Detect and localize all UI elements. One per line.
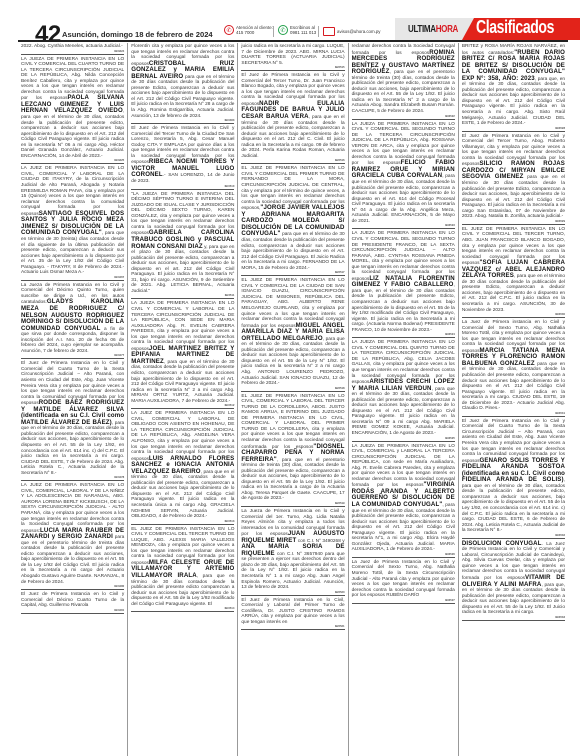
ad-body-text: , para que en el término de 30 días cont… — [241, 115, 344, 159]
ad-reference-code: IB/3514 — [131, 607, 234, 610]
ad-body-text: con C.I. N° 3657940 para que se presente… — [241, 552, 344, 590]
classified-ad: LA JUEZA DE PRIMERA INSTANCIA EN LO CIVI… — [352, 339, 455, 441]
ad-body-text: El Juez de Primera Instancia en lo Civil… — [21, 592, 124, 608]
classified-ad: BRITEZ y ROSA MARÍA ROJAS NARVÁEZ, en lo… — [462, 43, 565, 132]
publication-date: Asunción, domingo 18 de febrero de 2024 — [62, 30, 213, 39]
column-3: juicio radica en la secretaría a mi carg… — [238, 43, 348, 756]
classifieds-columns: 2022. Abog. Cynthia Meneles, actuaria Ju… — [18, 43, 568, 756]
ad-body-text: , para que en el término de 30 días, con… — [131, 470, 234, 519]
ad-reference-code: IB/3519 — [241, 502, 344, 505]
header-rule — [18, 40, 568, 42]
ad-body-text: , para que en el término de 30 días, con… — [21, 109, 124, 158]
ad-reference-code: IB/3483 — [131, 119, 234, 122]
ad-body-text: , para que en el perentorio término de t… — [352, 70, 455, 114]
section-title: Clasificados — [476, 17, 554, 38]
classified-ad: EL JUEZ DE PRIMERA INSTANCIA EN LO CIVIL… — [241, 165, 344, 276]
divider — [318, 26, 319, 37]
ad-reference-code: IB/3529 — [462, 220, 565, 223]
ad-reference-code: IB/3510 — [131, 185, 234, 188]
brand-part1: ULTIMA — [408, 24, 436, 35]
customer-service-contact: ✆ Atención al cliente:415 7000 — [224, 25, 273, 35]
ad-body-text: La Juez de Primera Instancia en lo Civil… — [352, 560, 455, 598]
ad-reference-code: IB/3523 — [352, 224, 455, 227]
classified-ad: EL JUEZ DE PRIMERA INSTANCIA EN LO CIVIL… — [131, 526, 234, 613]
ad-reference-code: IB/3525 — [352, 437, 455, 440]
ad-reference-code: IB/3512 — [131, 404, 234, 407]
classified-ad: EL JUEZ DE PRIMERA INSTANCIA EN LO CIVIL… — [241, 277, 344, 391]
ad-reference-code: IB/3515 — [241, 66, 344, 69]
ad-party-names: DISOLUCION CONYUGAL — [462, 540, 542, 547]
ad-body-text: , para que en el término de 30 días, con… — [462, 478, 565, 533]
contact-value: avisos@uhora.com.py — [337, 29, 381, 34]
classified-ad: El Juez de Primera Instancia en lo Civil… — [241, 72, 344, 164]
classified-ad: EL JUEZ DE PRIMERA INSTANCIA EN LO CIVIL… — [241, 393, 344, 507]
contact-value: 0981 111 013 — [290, 30, 316, 35]
ad-reference-code: IB/3530 — [462, 313, 565, 316]
ad-reference-code: IB/3520 — [241, 591, 344, 594]
ad-body-text: , para que en el término de 30 días, con… — [131, 360, 234, 404]
ad-reference-code: IB/3526 — [352, 553, 455, 556]
ad-reference-code: IB/3511 — [131, 294, 234, 297]
ad-reference-code: IB/3480 — [21, 585, 124, 588]
ad-reference-code: IB/3478 — [21, 476, 124, 479]
ad-reference-code: IB/3527 — [352, 599, 455, 602]
ad-body-text: para que en el término de 30 días contad… — [462, 175, 565, 219]
ad-body-text: 2022. Abog. Cynthia Meneles, actuaria Ju… — [21, 44, 123, 49]
column-1: 2022. Abog. Cynthia Meneles, actuaria Ju… — [18, 43, 128, 756]
ad-body-text: para que en el término de 30 días, conta… — [462, 362, 565, 411]
brand-part2: HORA — [436, 24, 458, 35]
ad-reference-code: IB/3467 — [21, 276, 124, 279]
ad-reference-code: IB/3532 — [462, 534, 565, 537]
ad-reference-code: IB/3533 — [462, 616, 565, 619]
ad-reference-code: IB/3325 — [21, 159, 124, 162]
ad-reference-code: IB/3516 — [241, 159, 344, 162]
classified-ad: DISOLUCION CONYUGAL. La Juez de Primera … — [462, 540, 565, 621]
ad-reference-code: IB/3524 — [352, 333, 455, 336]
classified-ad: La Juez de Primera Instancia en lo Civil… — [352, 559, 455, 604]
ad-body-text: , para que en el término de 30 días, con… — [21, 421, 124, 476]
ad-body-text: , para que en el término de 30 días, con… — [352, 387, 455, 436]
brand-logo: ULTIMAHORA — [408, 24, 458, 35]
ad-body-text: , para que en el término de 30 días, con… — [241, 337, 344, 386]
classified-ad: LA JUEZA DE PRIMERA INSTANCIA EN LO CIVI… — [131, 300, 234, 409]
classified-ad: LA JUEZA DE PRIMERA INSTANCIA EN LO CIVI… — [352, 443, 455, 558]
ad-reference-code: IB/3477 — [21, 354, 124, 357]
ad-reference-code: IB/3518 — [241, 387, 344, 390]
ad-reference-code: IB/3513 — [131, 520, 234, 523]
ad-body-text: , para que, en el término de 30 días, co… — [462, 77, 565, 126]
classified-ad: "LA JUEZA DE PRIMERA INSTANCIA DEL DÉCIM… — [131, 191, 234, 300]
column-5: BRITEZ y ROSA MARÍA ROJAS NARVÁEZ, en lo… — [459, 43, 568, 756]
classified-ad: LA JUEZA DE PRIMERA INSTANCIA EN LO CIVI… — [21, 56, 124, 165]
ad-body-text: , para que en término de 30 (treinta) dí… — [21, 231, 124, 275]
classified-ad: La Juez de Primera instancia en lo Civil… — [462, 319, 565, 417]
ad-body-text: El Juez de Primera Instancia en lo Civil… — [241, 598, 344, 625]
classified-ad: LA JUEZ DE PRIMERA INSTANCIA EN LO CIVIL… — [131, 410, 234, 524]
email-contact: avisos@uhora.com.py — [323, 27, 381, 36]
whatsapp-contact: ✆ Escribinos al0981 111 013 — [278, 25, 316, 35]
page-header: 42 Asunción, domingo 18 de febrero de 20… — [0, 0, 580, 40]
ad-body-text: , para que, en el término de 30 días con… — [462, 583, 565, 616]
ad-reference-code: IB/3522 — [352, 115, 455, 118]
ad-reference-code: IB/3528 — [462, 127, 565, 130]
ad-body-text: para que en el perentorio término de tre… — [21, 535, 124, 584]
classified-ad: LA JUEZ DE PRIMERA INSTANCIA EN LO CIVIL… — [21, 482, 124, 590]
ad-body-text: para que en el término de 30 días contad… — [131, 75, 234, 119]
ad-reference-code: IB/3531 — [462, 412, 565, 415]
ad-body-text: , para que en el término de 30 días, con… — [352, 174, 455, 223]
classified-ad: Florentín cita y emplaza por quince vece… — [131, 43, 234, 124]
classified-ad: El Juez de Primera Instancia en lo Civil… — [131, 125, 234, 189]
classified-ad: El Juez de Primera Instancia en lo Civil… — [462, 418, 565, 539]
ad-body-text: , para que en el perentorio término de t… — [241, 458, 344, 502]
classified-ad: 2022. Abog. Cynthia Meneles, actuaria Ju… — [21, 43, 124, 55]
ad-reference-code: IB/3517 — [241, 271, 344, 274]
ad-reference-code: IB/3324 — [21, 50, 124, 53]
classified-ad: reclamar derechos contra la Sociedad Con… — [352, 43, 455, 120]
phone-icon: ✆ — [224, 25, 234, 35]
column-2: Florentín cita y emplaza por quince vece… — [128, 43, 238, 756]
column-4: reclamar derechos contra la Sociedad Con… — [349, 43, 459, 756]
classified-ad: El Juez de Primera Instancia en lo Civil… — [462, 133, 565, 225]
mail-icon — [323, 27, 335, 36]
ad-body-text: , para que, en el término de 30 días con… — [352, 283, 455, 332]
ad-body-text: , para que en término de 30 días contado… — [131, 574, 234, 607]
classified-ad: LA JUEZA DE PRIMERA INSTANCIA EN LO CIVI… — [352, 121, 455, 230]
whatsapp-icon: ✆ — [278, 25, 288, 35]
ad-body-text: , para que en el término de 30 días cont… — [462, 274, 565, 312]
ad-body-text: EL JUEZ DE PRIMERA INSTANCIA EN LO CIVIL… — [241, 394, 344, 450]
classified-ad: El Juez de Primera Instancia en lo Civil… — [21, 360, 124, 481]
ad-reference-code: IB/3481 — [21, 609, 124, 612]
classified-ad: La Jueza de Primera Instancia en lo Civi… — [241, 508, 344, 596]
ad-body-text: , para que en el término de 30 días, con… — [352, 503, 455, 552]
classified-ad: EL JUEZ DE PRIMERA INSTANCIA EN LO CIVIL… — [462, 226, 565, 318]
divider — [273, 26, 274, 37]
ad-body-text: para que en el término de 30 días, conta… — [241, 232, 344, 270]
ad-body-text: y, para que en el plazo de 30 días, cont… — [131, 245, 234, 294]
classified-ad: juicio radica en la secretaría a mi carg… — [241, 43, 344, 71]
ad-body-text: juicio radica en la secretaría a mi carg… — [241, 44, 344, 66]
classified-ad: La Jueza de Primera Instancia en lo Civi… — [21, 282, 124, 360]
classified-ad: LA JUEZ DE PRIMERA INSTANCIA EN LO CIVIL… — [21, 165, 124, 280]
classified-ad: LA JUEZA DE PRIMERA INSTANCIA EN LO CIVI… — [352, 230, 455, 338]
ad-reference-code: IB/3521 — [241, 625, 344, 628]
classified-ad: El Juez de Primera Instancia en lo Civil… — [241, 597, 344, 631]
classified-ad: El Juez de Primera Instancia en lo Civil… — [21, 591, 124, 614]
contact-value: 415 7000 — [236, 30, 254, 35]
